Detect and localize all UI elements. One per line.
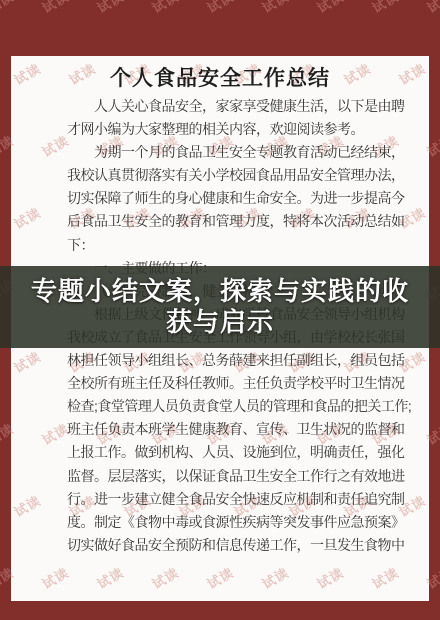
document-line: 检查;食堂管理人员负责食堂人员的管理和食品的把关工作; [67,395,392,418]
scanned-document-image: 试读试读试读试读试读试读试读试读试读试读试读试读试读试读试读试读试读试读试读试读… [0,0,440,620]
headline-banner: 专题小结文案，探索与实践的收 获与启示 [0,266,440,348]
document-line: 度。制定《食物中毒或食源性疾病等突发事件应急预案》 [67,511,392,534]
document-line: 我校认真贯彻落实有关小学校园食品用品安全管理办法， [67,164,392,187]
document-line: 切实做好食品安全预防和信息传递工作，一旦发生食物中 [67,534,392,557]
document-line: 人人关心食品安全，家家享受健康生活，以下是由聘 [67,95,392,118]
document-line: 切实保障了师生的身心健康和生命安全。为进一步提高今 [67,187,392,210]
document-line: 下： [67,234,392,257]
document-line: 监督。层层落实，以保证食品卫生安全工作行之有效地进 [67,465,392,488]
document-line: 全校所有班主任及科任教师。主任负责学校平时卫生情况 [67,372,392,395]
document-title: 个人食品安全工作总结 [11,62,429,92]
document-line: 才网小编为大家整理的相关内容，欢迎阅读参考。 [67,118,392,141]
document-line: 后食品卫生安全的教育和管理力度，特将本次活动总结如 [67,210,392,233]
document-line: 上报工作。做到机构、人员、设施到位，明确责任，强化 [67,441,392,464]
headline-line-1: 专题小结文案，探索与实践的收 [0,276,440,307]
document-line: 为期一个月的食品卫生安全专题教育活动已经结束， [67,141,392,164]
document-line: 林担任领导小组组长、总务薛建来担任副组长，组员包括 [67,349,392,372]
headline-line-2: 获与启示 [0,307,440,338]
document-line: 行。进一步建立健全食品安全快速反应机制和责任追究制 [67,488,392,511]
document-line: 班主任负责本班学生健康教育、宣传、卫生状况的监督和 [67,418,392,441]
